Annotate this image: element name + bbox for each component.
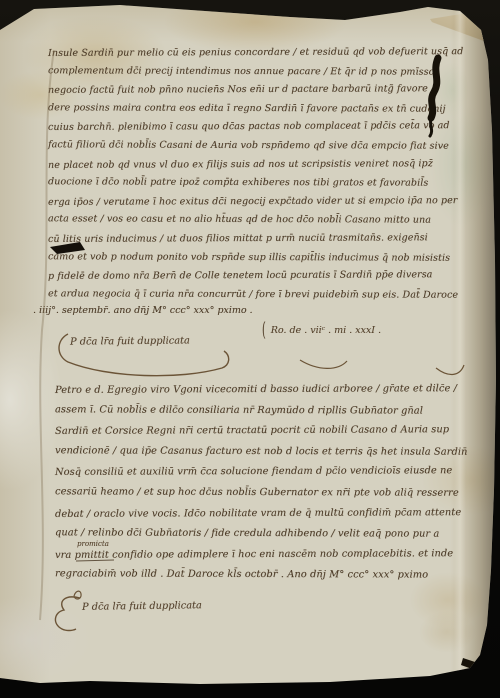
manuscript-line: regraciabim̄ vob illd . Dat̄ Daroce kl̄s… <box>55 565 468 587</box>
manuscript-line: assem ī. Cū nobl̄is e dilc̄o consiliaria… <box>55 400 468 422</box>
manuscript-line: acta esset / vos eo casu et no alio ht̄u… <box>48 211 463 231</box>
duplication-note-bottom: P dc̄a lr̄a fuit dupplicata <box>82 600 202 613</box>
bracket-loop-bottom <box>74 591 81 599</box>
manuscript-line: factū filiorū dc̄i nobl̄is Casani de Aur… <box>48 136 463 156</box>
interlinear-correction: promicta <box>77 540 109 548</box>
manuscript-line: duocione ī dc̄o nobl̄i patre ipoz̄ comp̄… <box>48 173 463 193</box>
dateline-first-letter: . iiij°. septembr̄. ano dn̄j M° ccc° xxx… <box>33 305 253 316</box>
registration-note-text: Ro. de . viiᶜ . mi . xxxI . <box>271 325 381 336</box>
opening-paren-flourish: ( <box>262 319 266 342</box>
manuscript-line: complementum dc̄i precij intendimus nos … <box>48 62 463 82</box>
manuscript-line: Sardin̄ et Corsice Regni nr̄i certū trac… <box>55 420 468 442</box>
manuscript-line: p fidelē de domo nr̄a Bern̄ de Colle ten… <box>48 266 463 286</box>
manuscript-line: dere possins maira contra eos edita ī re… <box>48 99 463 119</box>
paragraph-1: Insule Sardin̄ pur melio cū eis penius c… <box>48 44 463 304</box>
manuscript-line: negocio factū fuit nob pn̄no nucien̄s No… <box>48 80 463 100</box>
manuscript-line: erga ip̄os / verutame ī hoc exitus dc̄i … <box>48 192 463 212</box>
manuscript-line: camo et vob p nodum ponito vob rspn̄de s… <box>48 248 463 268</box>
bracket-flourish-bottom <box>55 597 80 631</box>
registration-note: (Ro. de . viiᶜ . mi . xxxI . <box>262 325 381 336</box>
manuscript-line: vendicionē / qua ip̄e Casanus facturo es… <box>55 441 468 463</box>
manuscript-page: Insule Sardin̄ pur melio cū eis penius c… <box>0 0 500 698</box>
manuscript-line: ne placet nob qd vnus vl duo ex filijs s… <box>48 155 463 175</box>
flourish-regnote <box>300 360 347 368</box>
manuscript-line: Petro e d. Egregio viro Vgoni vicecomiti… <box>55 379 468 401</box>
paragraph-2: Petro e d. Egregio viro Vgoni vicecomiti… <box>55 380 467 586</box>
photo-background: Insule Sardin̄ pur melio cū eis penius c… <box>0 0 500 698</box>
manuscript-line: quat / relinbo dc̄i Gubn̄atoris / fide c… <box>55 523 468 545</box>
manuscript-line: cessariū heamo / et sup hoc dc̄us nobl̄i… <box>55 482 468 504</box>
manuscript-line: Insule Sardin̄ pur melio cū eis penius c… <box>48 43 463 63</box>
duplication-note-top: P dc̄a lr̄a fuit dupplicata <box>70 335 190 347</box>
manuscript-line: Nosq̄ consiliū et auxiliū vrm̄ c̄ca solu… <box>55 461 468 483</box>
manuscript-line: vra pmittit confidio ope adimplere ī hoc… <box>55 544 468 566</box>
manuscript-line: debat / oraclo vive vocis. Idc̄o nobilit… <box>55 503 468 525</box>
manuscript-line: et ardua negocia q̄ ī curia nr̄a concurr… <box>48 285 463 305</box>
manuscript-line: cū litis uris inducimus / ut duos filios… <box>48 229 463 249</box>
manuscript-line: cuius barchn̄. plenibimo ī casu quo dc̄a… <box>48 117 463 137</box>
